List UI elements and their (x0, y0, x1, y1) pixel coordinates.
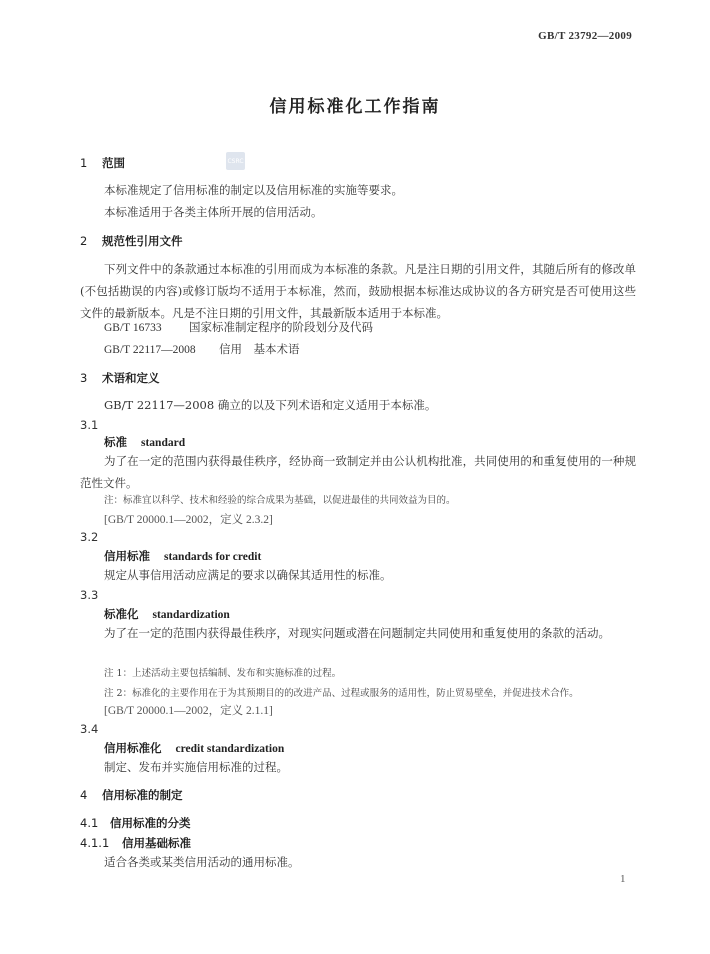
term-number: 3.4 (80, 722, 98, 736)
paragraph: 适合各类或某类信用活动的通用标准。 (104, 851, 300, 873)
term-definition: 为了在一定的范围内获得最佳秩序，对现实问题或潜在问题制定共同使用和重复使用的条款… (80, 622, 636, 644)
section-number: 4.1 (80, 816, 110, 830)
subsection-4-1-1-heading: 4.1.1信用基础标准 (80, 835, 191, 851)
term-note: 注 1：上述活动主要包括编制、发布和实施标准的过程。 (104, 665, 341, 679)
page-number: 1 (620, 873, 626, 885)
section-2-heading: 2规范性引用文件 (80, 233, 183, 249)
term-cn: 标准 (104, 435, 127, 449)
reference-code: GB/T 22117—2008 (104, 339, 219, 361)
term-number: 3.2 (80, 530, 98, 544)
section-title: 范围 (102, 156, 125, 170)
term-definition: 制定、发布并实施信用标准的过程。 (104, 756, 288, 778)
section-number: 4.1.1 (80, 836, 122, 850)
reference-title: 信用 基本术语 (219, 342, 300, 356)
reference-title: 国家标准制定程序的阶段划分及代码 (189, 320, 373, 334)
term-en: credit standardization (176, 743, 285, 755)
section-number: 3 (80, 371, 102, 385)
term-source: [GB/T 20000.1—2002，定义 2.1.1] (104, 702, 273, 718)
section-title: 信用基础标准 (122, 836, 191, 850)
section-title: 规范性引用文件 (102, 234, 183, 248)
term-number: 3.3 (80, 588, 98, 602)
term-en: standards for credit (164, 551, 261, 563)
reference-code: GB/T 16733 (104, 317, 189, 339)
section-1-heading: 1范围 (80, 155, 125, 171)
term-number: 3.1 (80, 418, 98, 432)
term-cn: 信用标准 (104, 549, 150, 563)
subsection-4-1-heading: 4.1信用标准的分类 (80, 815, 191, 831)
document-title: 信用标准化工作指南 (0, 92, 710, 117)
section-title: 信用标准的制定 (102, 788, 183, 802)
section-number: 1 (80, 156, 102, 170)
csres-logo-icon: CSRC (226, 152, 245, 170)
term-en: standard (141, 437, 185, 449)
term-cn: 标准化 (104, 607, 139, 621)
normative-reference: GB/T 22117—2008信用 基本术语 (104, 338, 300, 361)
term-definition: 为了在一定的范围内获得最佳秩序，经协商一致制定并由公认机构批准，共同使用的和重复… (80, 450, 636, 494)
paragraph: GB/T 22117—2008 确立的以及下列术语和定义适用于本标准。 (104, 394, 436, 416)
normative-reference: GB/T 16733国家标准制定程序的阶段划分及代码 (104, 316, 373, 339)
paragraph: 下列文件中的条款通过本标准的引用而成为本标准的条款。凡是注日期的引用文件，其随后… (80, 258, 636, 324)
section-3-heading: 3术语和定义 (80, 370, 160, 386)
term-cn: 信用标准化 (104, 741, 162, 755)
paragraph: 本标准适用于各类主体所开展的信用活动。 (104, 201, 323, 223)
section-number: 2 (80, 234, 102, 248)
term-note: 注：标准宜以科学、技术和经验的综合成果为基础，以促进最佳的共同效益为目的。 (104, 492, 456, 506)
term-note: 注 2：标准化的主要作用在于为其预期目的的改进产品、过程或服务的适用性，防止贸易… (104, 685, 579, 699)
section-number: 4 (80, 788, 102, 802)
paragraph: 本标准规定了信用标准的制定以及信用标准的实施等要求。 (104, 179, 403, 201)
section-4-heading: 4信用标准的制定 (80, 787, 183, 803)
term-heading: 标准standard (104, 434, 185, 450)
section-title: 信用标准的分类 (110, 816, 191, 830)
term-definition: 规定从事信用活动应满足的要求以确保其适用性的标准。 (104, 564, 392, 586)
term-heading: 信用标准standards for credit (104, 548, 261, 564)
term-source: [GB/T 20000.1—2002，定义 2.3.2] (104, 511, 273, 527)
standard-number: GB/T 23792—2009 (538, 30, 632, 42)
term-en: standardization (153, 609, 230, 621)
term-heading: 信用标准化credit standardization (104, 740, 284, 756)
term-heading: 标准化standardization (104, 606, 230, 622)
section-title: 术语和定义 (102, 371, 160, 385)
